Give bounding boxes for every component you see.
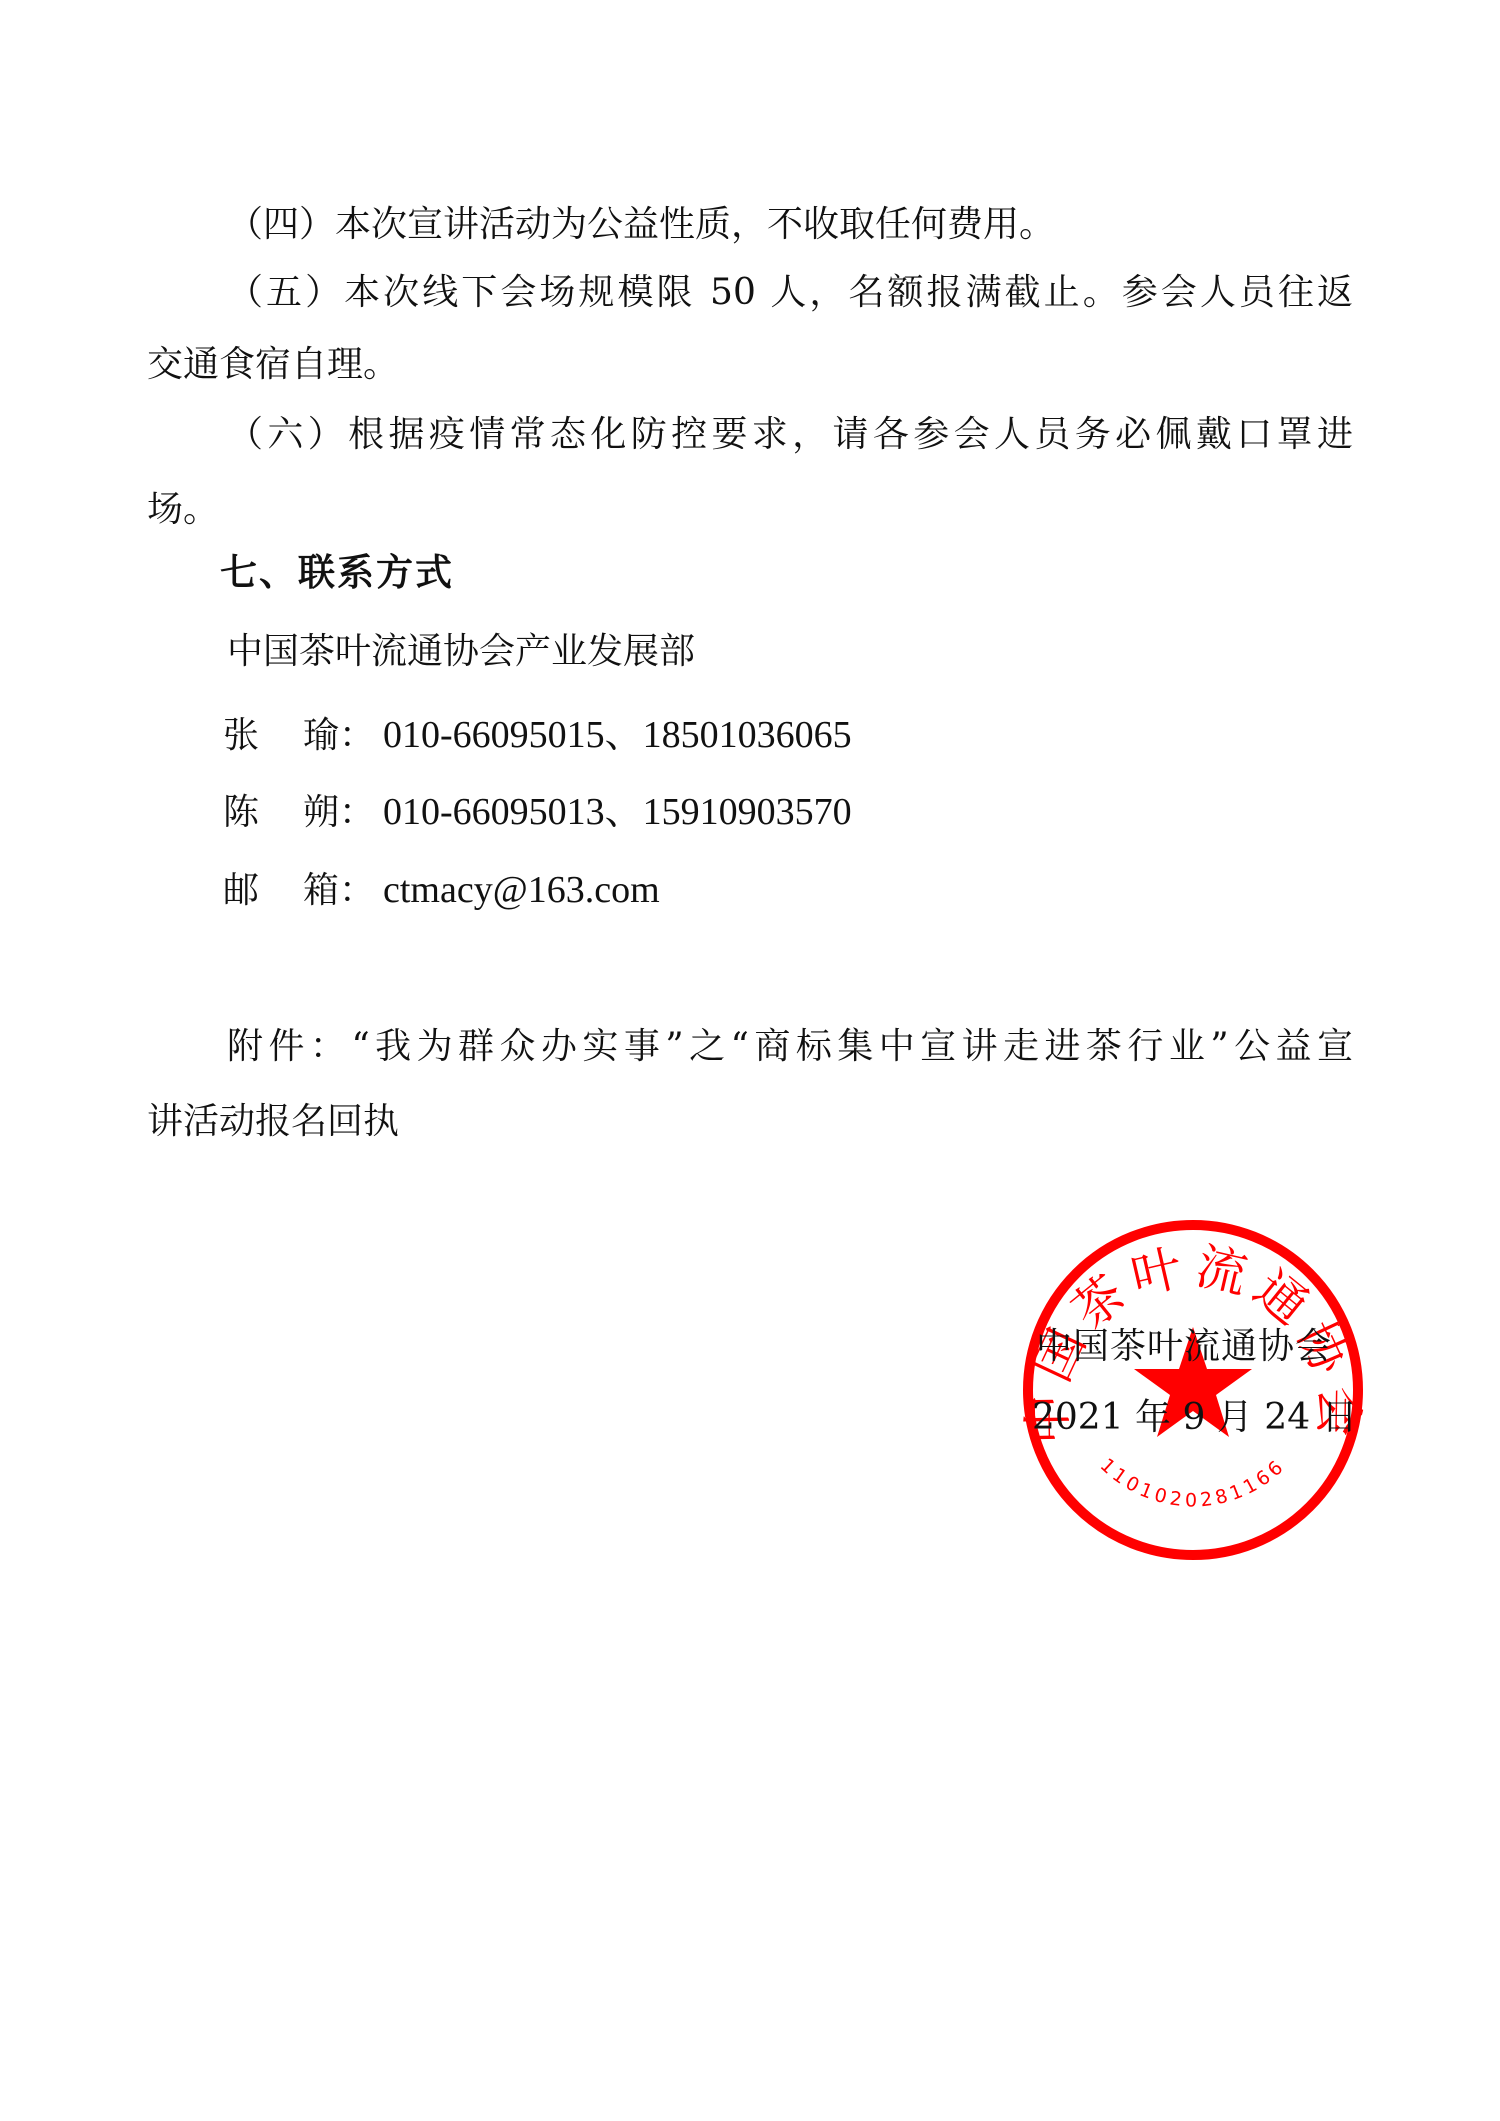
attachment-line-1: 附件：“我为群众办实事”之“商标集中宣讲走进茶行业”公益宣	[227, 1025, 1353, 1069]
contact-row-chen: 陈朔：010-66095013、15910903570	[223, 790, 852, 834]
paragraph-item-4: （四）本次宣讲活动为公益性质，不收取任何费用。	[227, 203, 1055, 247]
paragraph-item-5-line-2: 交通食宿自理。	[147, 343, 399, 387]
contact-label: 陈朔：	[223, 791, 383, 835]
contact-phone: 010-66095013、15910903570	[383, 790, 852, 834]
section-heading-contact: 七、联系方式	[220, 551, 454, 595]
paragraph-item-5-line-1: （五）本次线下会场规模限 50 人，名额报满截止。参会人员往返	[227, 271, 1353, 315]
signature-organization: 中国茶叶流通协会	[1036, 1325, 1332, 1369]
contact-label: 张瑜：	[223, 714, 383, 758]
signature-date: 2021 年 9 月 24 日	[1032, 1396, 1358, 1440]
contact-phone: 010-66095015、18501036065	[383, 713, 852, 757]
attachment-line-2: 讲活动报名回执	[147, 1100, 399, 1144]
official-seal: 中国茶叶流通协会 1101020281166	[1018, 1215, 1368, 1565]
paragraph-item-6-line-2: 场。	[147, 488, 219, 532]
contact-row-zhang: 张瑜：010-66095015、18501036065	[223, 713, 852, 757]
seal-serial-number: 1101020281166	[1096, 1454, 1291, 1511]
document-page: （四）本次宣讲活动为公益性质，不收取任何费用。 （五）本次线下会场规模限 50 …	[0, 0, 1500, 2121]
paragraph-item-6-line-1: （六）根据疫情常态化防控要求，请各参会人员务必佩戴口罩进	[227, 413, 1353, 457]
contact-row-email: 邮箱：ctmacy@163.com	[223, 868, 660, 912]
contact-label: 邮箱：	[223, 869, 383, 913]
department-name: 中国茶叶流通协会产业发展部	[227, 630, 695, 674]
contact-email[interactable]: ctmacy@163.com	[383, 868, 660, 912]
